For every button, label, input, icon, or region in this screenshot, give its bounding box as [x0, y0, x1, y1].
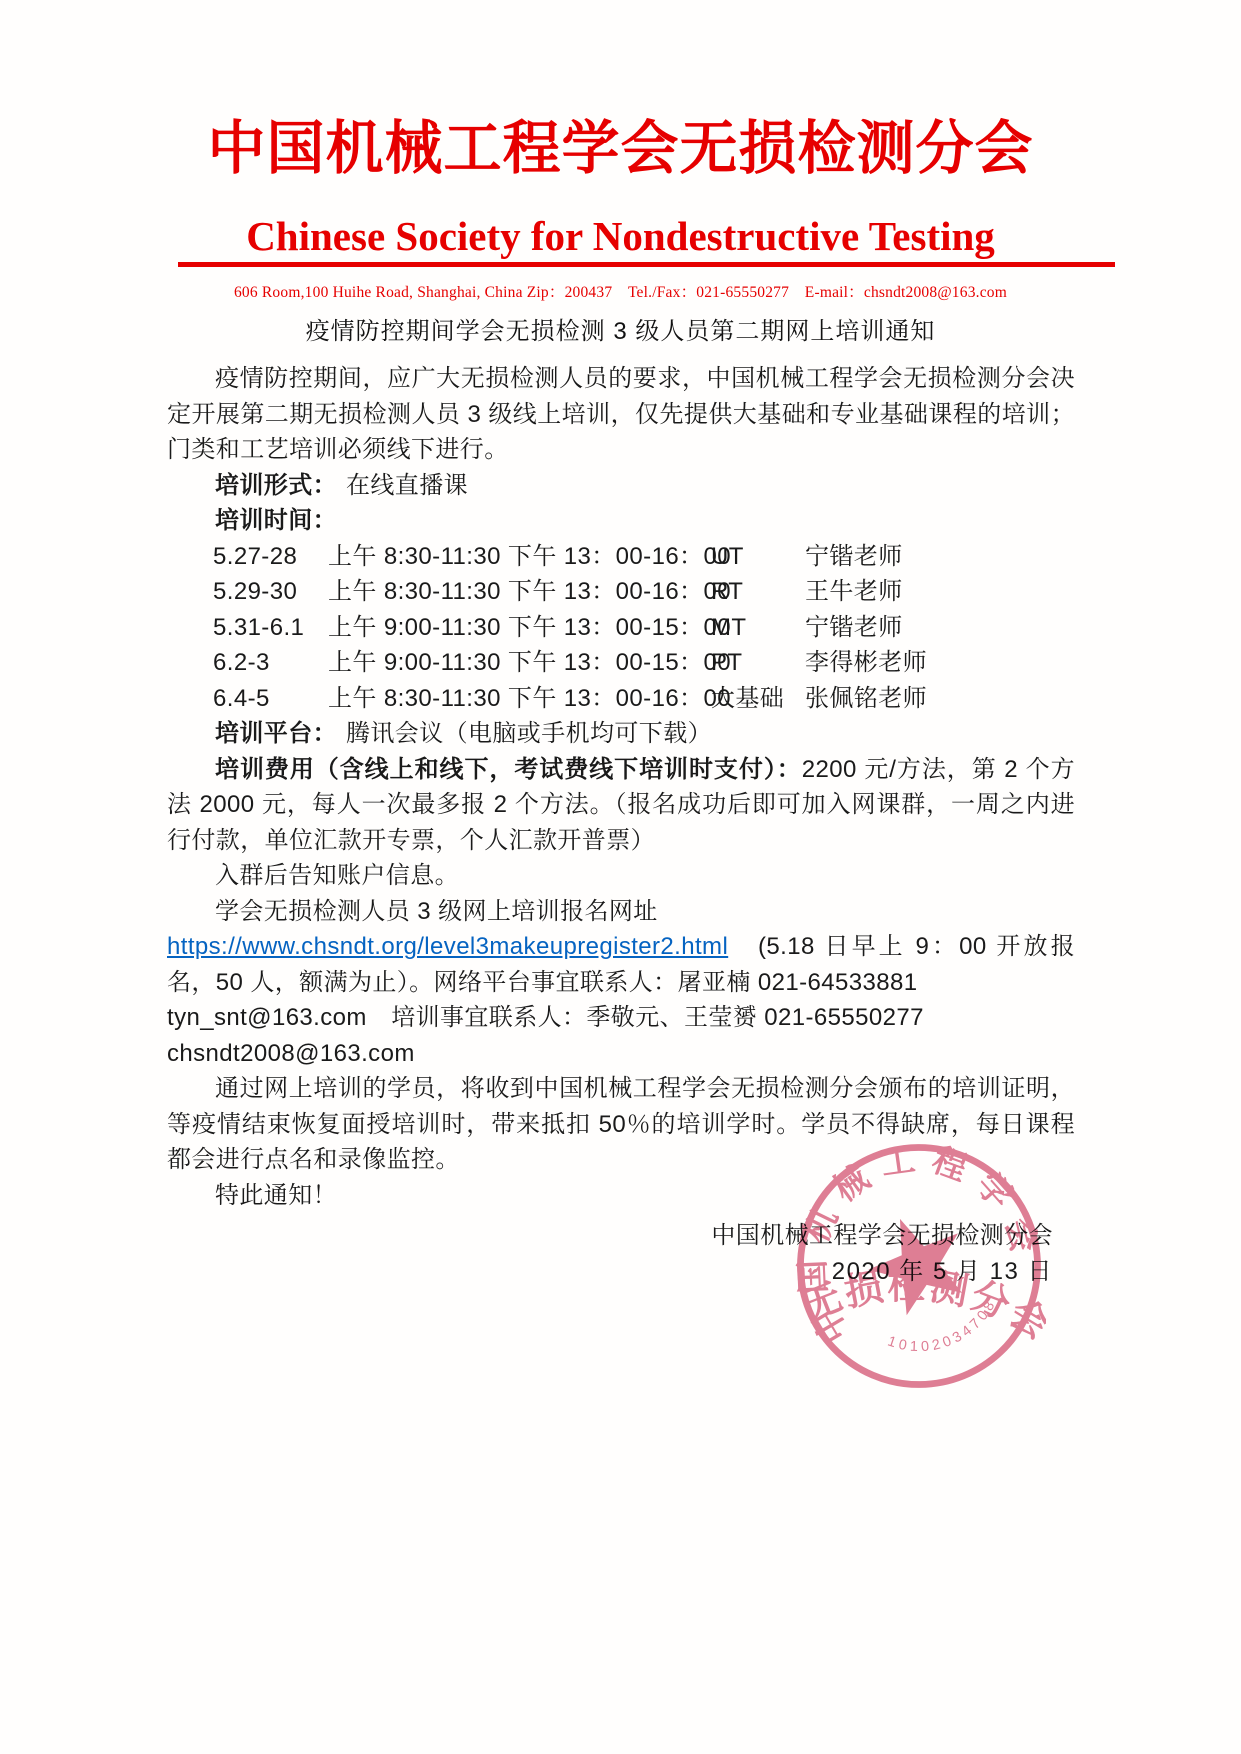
- schedule-date: 5.27-28: [213, 539, 328, 575]
- platform-contact-email: tyn_snt@163.com: [167, 1004, 367, 1031]
- registration-url-paragraph: https://www.chsndt.org/level3makeupregis…: [167, 929, 1075, 1000]
- training-fee-paragraph: 培训费用（含线上和线下，考试费线下培训时支付）：2200 元/方法，第 2 个方…: [167, 752, 1075, 859]
- signature-block: 中国机械工程学会无损检测分会 2020 年 5 月 13 日: [167, 1218, 1075, 1289]
- notice-title: 疫情防控期间学会无损检测 3 级人员第二期网上培训通知: [0, 311, 1241, 346]
- schedule-row: 6.2-3上午 9:00-11:30 下午 13：00-15：00PT李得彬老师: [213, 645, 1075, 681]
- document-page: 中国机械工程学会无损检测分会 Chinese Society for Nonde…: [0, 0, 1241, 1754]
- training-form-value: 在线直播课: [346, 472, 468, 499]
- schedule-teacher: 张佩铭老师: [805, 681, 1075, 717]
- schedule-row: 5.27-28上午 8:30-11:30 下午 13：00-16：00UT宁锴老…: [213, 539, 1075, 575]
- schedule-row: 5.29-30上午 8:30-11:30 下午 13：00-16：00RT王牛老…: [213, 574, 1075, 610]
- document-body: 疫情防控期间，应广大无损检测人员的要求，中国机械工程学会无损检测分会决定开展第二…: [167, 361, 1075, 1289]
- organization-title-english: Chinese Society for Nondestructive Testi…: [0, 214, 1241, 259]
- schedule-teacher: 王牛老师: [805, 574, 1075, 610]
- schedule-time: 上午 9:00-11:30 下午 13：00-15：00: [328, 645, 711, 681]
- schedule-date: 5.31-6.1: [213, 610, 328, 646]
- schedule-method: MT: [711, 610, 805, 646]
- training-platform-value: 腾讯会议（电脑或手机均可下载）: [346, 720, 712, 747]
- schedule-table: 5.27-28上午 8:30-11:30 下午 13：00-16：00UT宁锴老…: [167, 539, 1075, 717]
- closing-paragraph: 通过网上培训的学员，将收到中国机械工程学会无损检测分会颁布的培训证明，等疫情结束…: [167, 1071, 1075, 1178]
- training-fee-label: 培训费用（含线上和线下，考试费线下培训时支付）：: [215, 756, 802, 783]
- schedule-method: 大基础: [711, 681, 805, 717]
- schedule-method: RT: [711, 574, 805, 610]
- schedule-row: 5.31-6.1上午 9:00-11:30 下午 13：00-15：00MT宁锴…: [213, 610, 1075, 646]
- schedule-time: 上午 8:30-11:30 下午 13：00-16：00: [328, 681, 711, 717]
- signature-organization: 中国机械工程学会无损检测分会: [167, 1218, 1053, 1254]
- registration-heading: 学会无损检测人员 3 级网上培训报名网址: [167, 894, 1075, 930]
- schedule-time: 上午 8:30-11:30 下午 13：00-16：00: [328, 574, 711, 610]
- registration-email2-line: chsndt2008@163.com: [167, 1036, 1075, 1072]
- training-contact-note: 培训事宜联系人：季敬元、王莹赟 021-65550277: [367, 1004, 924, 1031]
- schedule-date: 6.2-3: [213, 645, 328, 681]
- schedule-method: UT: [711, 539, 805, 575]
- schedule-teacher: 宁锴老师: [805, 610, 1075, 646]
- header-divider: [178, 262, 1115, 267]
- registration-email1-line: tyn_snt@163.com 培训事宜联系人：季敬元、王莹赟 021-6555…: [167, 1000, 1075, 1036]
- notice-line: 特此通知！: [167, 1178, 1075, 1214]
- training-form-line: 培训形式：在线直播课: [167, 468, 1075, 504]
- training-contact-email: chsndt2008@163.com: [167, 1040, 415, 1067]
- training-platform-label: 培训平台：: [215, 720, 337, 747]
- registration-link[interactable]: https://www.chsndt.org/level3makeupregis…: [167, 933, 728, 960]
- schedule-time: 上午 9:00-11:30 下午 13：00-15：00: [328, 610, 711, 646]
- schedule-time: 上午 8:30-11:30 下午 13：00-16：00: [328, 539, 711, 575]
- schedule-teacher: 宁锴老师: [805, 539, 1075, 575]
- schedule-row: 6.4-5上午 8:30-11:30 下午 13：00-16：00大基础张佩铭老…: [213, 681, 1075, 717]
- organization-title-chinese: 中国机械工程学会无损检测分会: [0, 116, 1241, 183]
- training-platform-line: 培训平台：腾讯会议（电脑或手机均可下载）: [167, 716, 1075, 752]
- training-time-label: 培训时间：: [167, 503, 1075, 539]
- schedule-date: 6.4-5: [213, 681, 328, 717]
- signature-date: 2020 年 5 月 13 日: [167, 1254, 1053, 1290]
- schedule-date: 5.29-30: [213, 574, 328, 610]
- schedule-method: PT: [711, 645, 805, 681]
- training-form-label: 培训形式：: [215, 472, 337, 499]
- contact-info-line: 606 Room,100 Huihe Road, Shanghai, China…: [0, 280, 1241, 302]
- fee-note-line: 入群后告知账户信息。: [167, 858, 1075, 894]
- schedule-teacher: 李得彬老师: [805, 645, 1075, 681]
- intro-paragraph: 疫情防控期间，应广大无损检测人员的要求，中国机械工程学会无损检测分会决定开展第二…: [167, 361, 1075, 468]
